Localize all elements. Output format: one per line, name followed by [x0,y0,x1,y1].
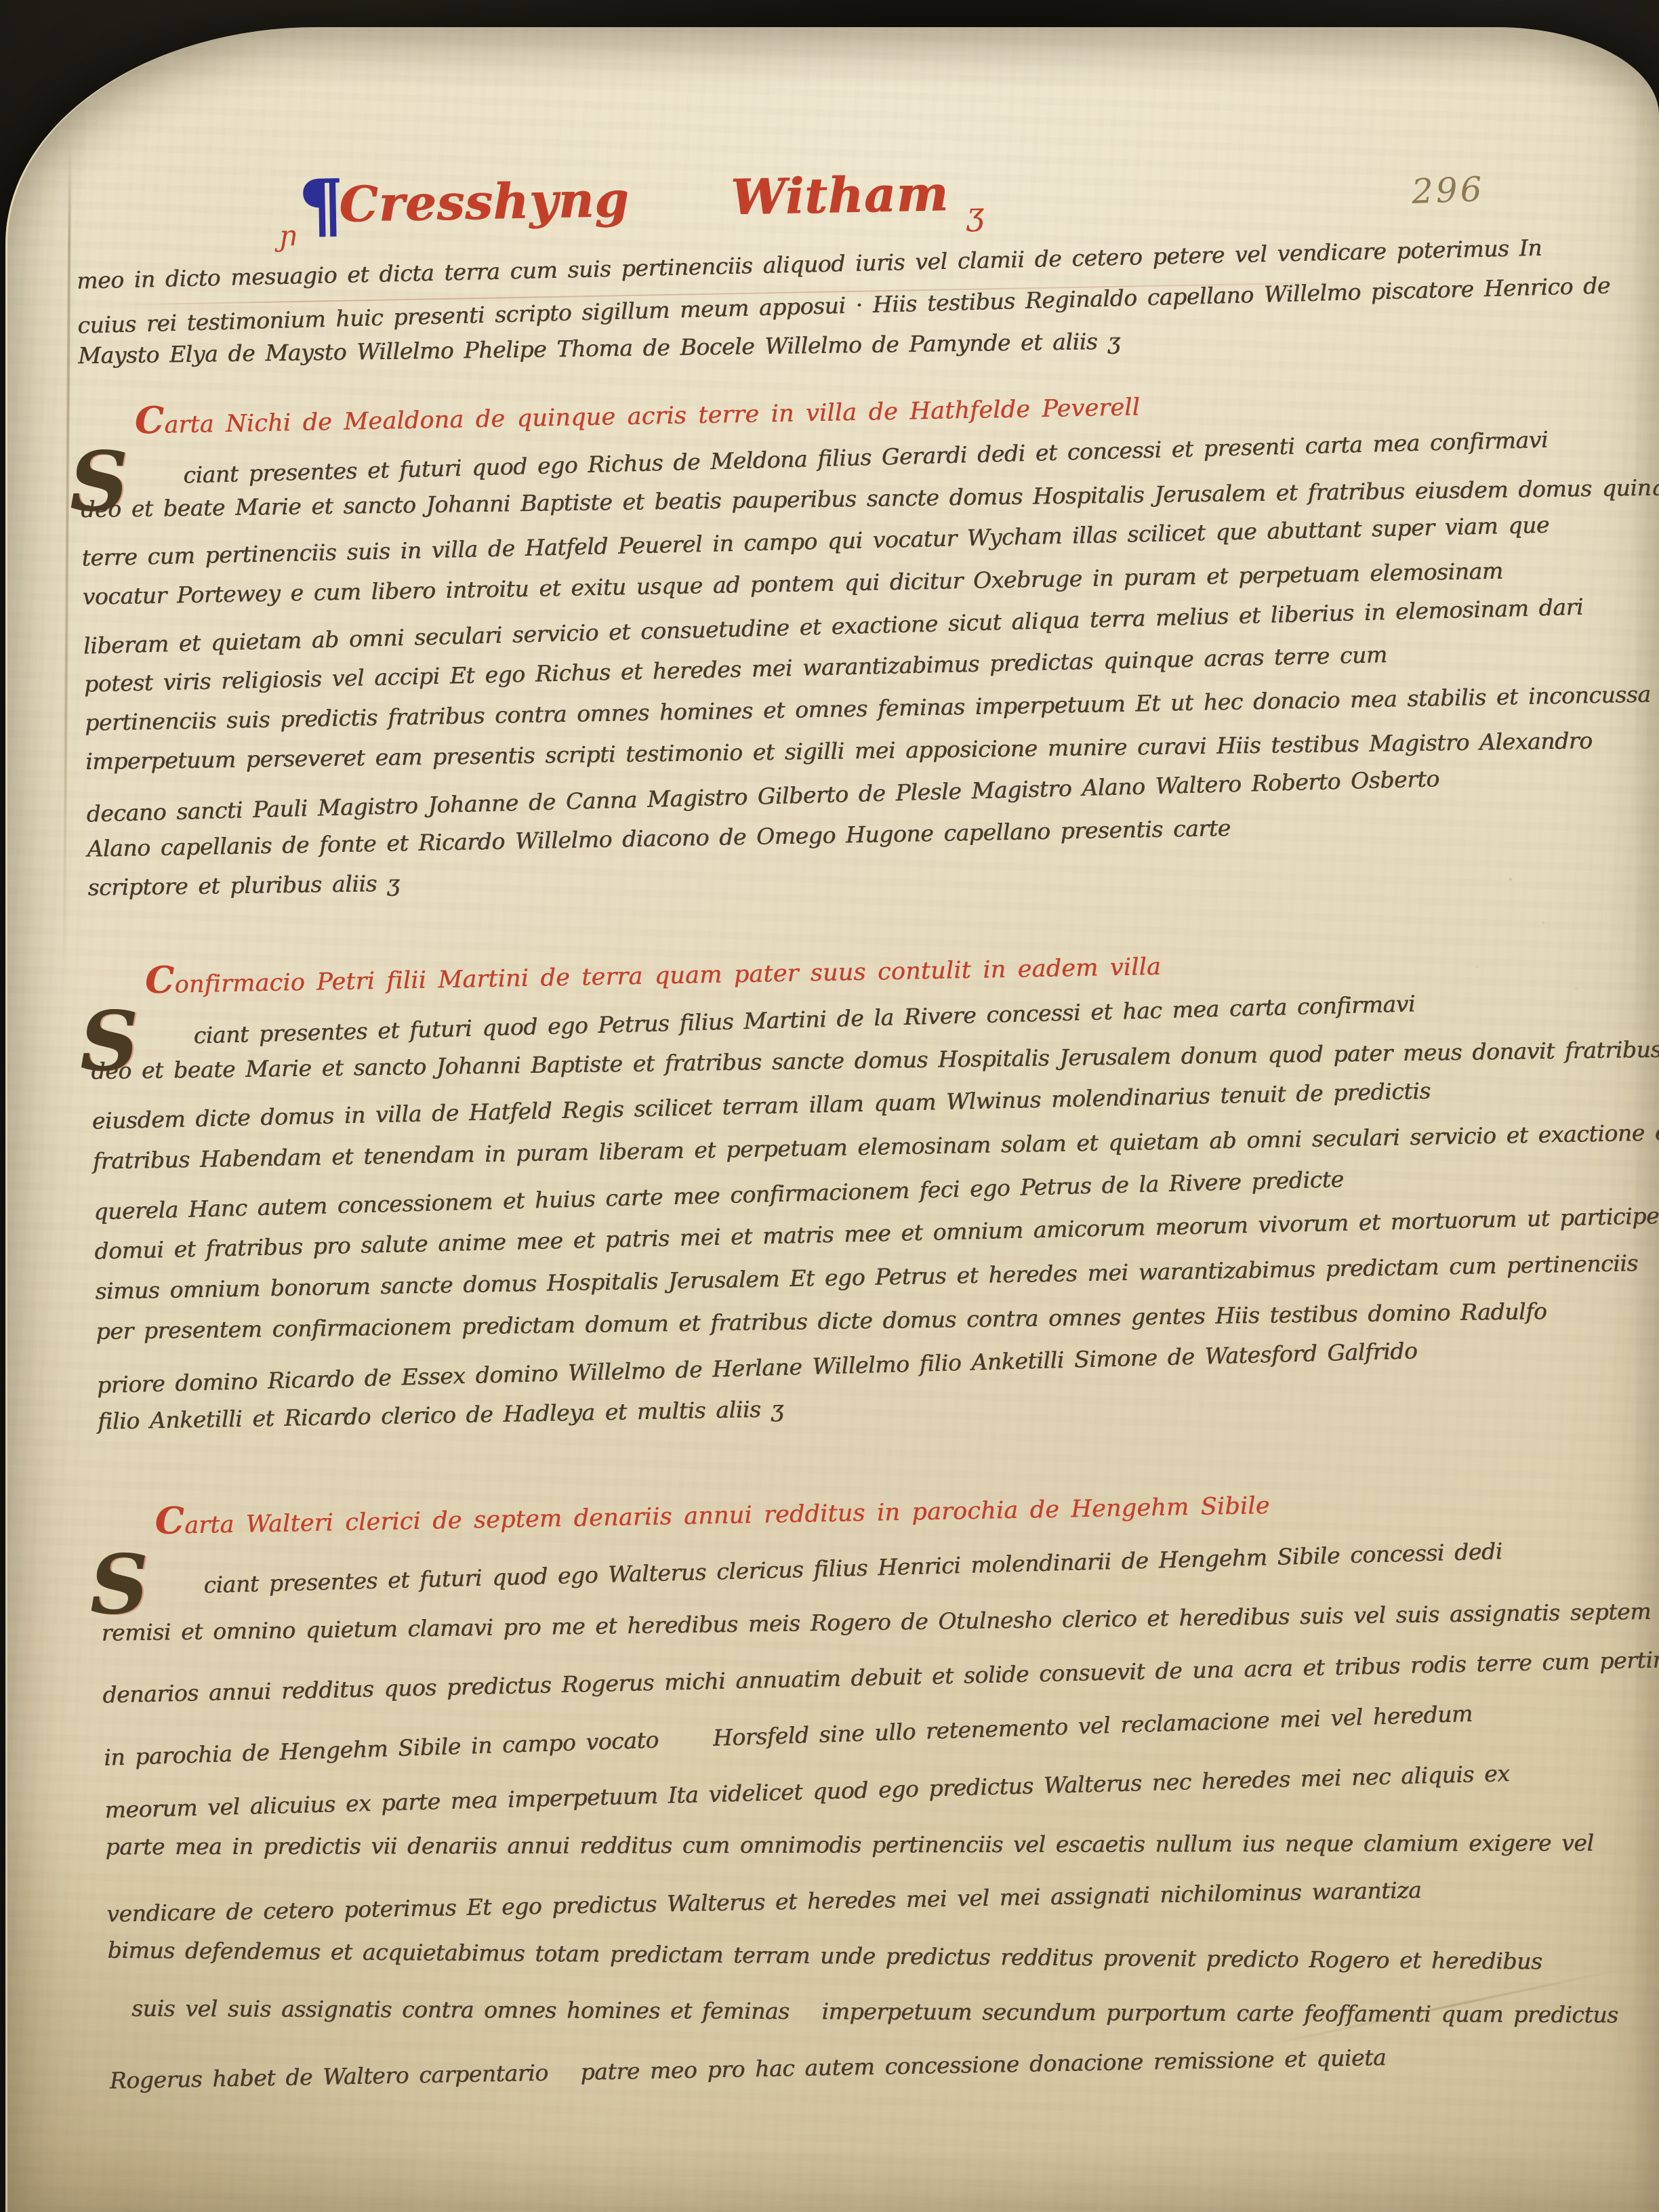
blue-paraph-icon: ¶ [298,163,344,247]
charter-body: meo in dicto mesuagio et dicta terra cum… [76,230,1567,380]
charter-body: Sciant presentes et futuri quod ego Rich… [80,423,1577,912]
header-title-cressing: Cresshyng [338,170,629,233]
text-line: bimus defendemus et acquietabimus totam … [107,1923,1597,1990]
manuscript-page: 296 ɲ¶CresshyngWithamʒ meo in dicto mesu… [5,27,1659,2212]
red-end-flourish-icon: ʒ [966,195,985,232]
photo-background: 296 ɲ¶CresshyngWithamʒ meo in dicto mesu… [0,0,1659,2212]
charter-section: Confirmacio Petri filii Martini de terra… [89,933,1586,1443]
charter-body: Sciant presentes et futuri quod ego Walt… [100,1525,1599,2108]
charter-body: Sciant presentes et futuri quod ego Petr… [90,983,1586,1443]
text-line: suis vel suis assignatis contra omnes ho… [131,1981,1620,2043]
charters: meo in dicto mesuagio et dicta terra cum… [76,230,1599,2109]
continuation-section: meo in dicto mesuagio et dicta terra cum… [76,230,1567,380]
text-line: parte mea in predictis vii denariis annu… [105,1816,1594,1875]
header-title-witham: Witham [730,164,949,226]
page-content: ɲ¶CresshyngWithamʒ meo in dicto mesuagio… [0,0,1659,2212]
page-header: ɲ¶CresshyngWithamʒ [278,133,1565,237]
red-flourish-icon: ɲ [279,219,298,252]
charter-section: Carta Nichi de Mealdona de quinque acris… [79,373,1576,912]
charter-section: Carta Walteri clerici de septem denariis… [99,1473,1599,2108]
